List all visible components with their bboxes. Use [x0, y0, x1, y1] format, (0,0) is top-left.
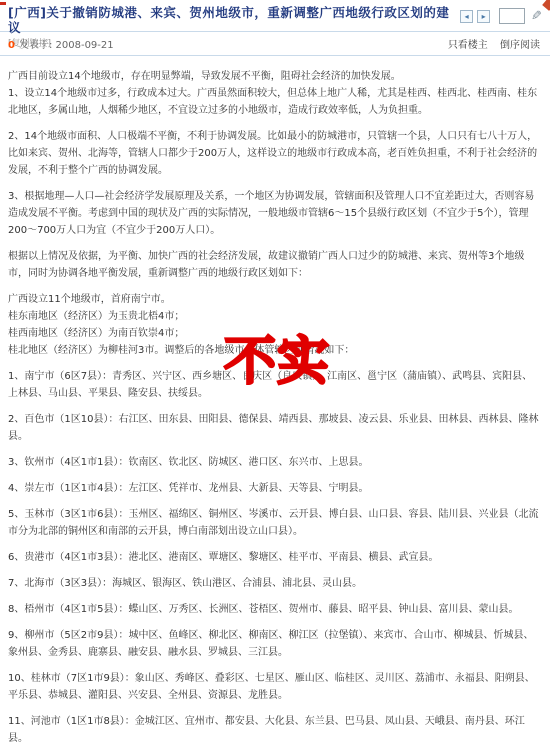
city-item: 10、桂林市（7区1市9县）：象山区、秀峰区、叠彩区、七星区、雁山区、临桂区、灵…	[8, 670, 542, 704]
city-item: 8、梧州市（4区1市5县）：蝶山区、万秀区、长洲区、苍梧区、贺州市、藤县、昭平县…	[8, 601, 542, 618]
proposal-paragraph: 根据以上情况及依据，为平衡、加快广西的社会经济发展，故建议撤销广西人口过少的防城…	[8, 248, 542, 282]
forum-post-page: [广西]关于撤销防城港、来宾、贺州地级市，重新调整广西地级行政区划的建议 [复制…	[0, 0, 550, 753]
city-item: 3、钦州市（4区1市1县）：钦南区、钦北区、防城区、港口区、东兴市、上思县。	[8, 454, 542, 471]
edge-artifact-left	[0, 2, 6, 5]
city-item: 2、百色市（1区10县）：右江区、田东县、田阳县、德保县、靖西县、那坡县、凌云县…	[8, 411, 542, 445]
plan-line: 广西设立11个地级市，首府南宁市。	[8, 291, 542, 308]
intro-paragraph: 广西目前设立14个地级市，存在明显弊端，导致发展不平衡，阻碍社会经济的加快发展。	[8, 68, 542, 85]
city-item: 4、崇左市（1区1市4县）：左江区、凭祥市、龙州县、大新县、天等县、宁明县。	[8, 480, 542, 497]
view-author-link[interactable]: 只看楼主	[448, 40, 488, 51]
city-item: 1、南宁市（6区7县）：青秀区、兴宁区、西乡塘区、良庆区（良庆镇）、江南区、邕宁…	[8, 368, 542, 402]
post-title: [广西]关于撤销防城港、来宾、贺州地级市，重新调整广西地级行政区划的建议	[8, 5, 460, 35]
city-item: 9、柳州市（5区2市9县）：城中区、鱼峰区、柳北区、柳南区、柳江区（拉堡镇）、来…	[8, 627, 542, 661]
city-item: 7、北海市（3区3县）：海城区、银海区、铁山港区、合浦县、浦北县、灵山县。	[8, 575, 542, 592]
point-paragraph: 2、14个地级市面积、人口极端不平衡，不利于协调发展。比如最小的防城港市，只管辖…	[8, 128, 542, 179]
page-jump-input[interactable]	[499, 8, 525, 24]
prev-page-button[interactable]: ◂	[460, 10, 473, 23]
point-paragraph: 3、根据地理—人口—社会经济学发展原理及关系，一个地区为协调发展，管辖面积及管理…	[8, 188, 542, 239]
left-arrow-icon: ◂	[465, 12, 469, 21]
post-content: 广西目前设立14个地级市，存在明显弊端，导致发展不平衡，阻碍社会经济的加快发展。…	[0, 56, 550, 747]
post-header: [广西]关于撤销防城港、来宾、贺州地级市，重新调整广西地级行政区划的建议 [复制…	[0, 0, 550, 31]
plan-line: 桂东南地区（经济区）为玉贵北梧4市；	[8, 308, 542, 325]
plan-line: 桂北地区（经济区）为柳桂河3市。调整后的各地级市具体管辖区划情况如下：	[8, 342, 542, 359]
city-item: 6、贵港市（4区1市3县）：港北区、港南区、覃塘区、黎塘区、桂平市、平南县、横县…	[8, 549, 542, 566]
floor-badge: 0	[8, 40, 15, 51]
post-date: 发表于: 2008-09-21	[19, 40, 114, 51]
post-header-controls: ◂ ▸ ✎	[460, 8, 542, 24]
post-meta-left: 0发表于: 2008-09-21	[8, 36, 114, 51]
intro-paragraph: 1、设立14个地级市过多，行政成本过大。广西虽然面积较大，但总体上地广人稀，尤其…	[8, 85, 542, 119]
reverse-order-link[interactable]: 倒序阅读	[500, 40, 540, 51]
right-arrow-icon: ▸	[482, 12, 486, 21]
next-page-button[interactable]: ▸	[477, 10, 490, 23]
plan-line: 桂西南地区（经济区）为南百钦崇4市；	[8, 325, 542, 342]
post-meta-right: 只看楼主 倒序阅读	[439, 36, 540, 51]
city-item: 5、玉林市（3区1市6县）：玉州区、福绵区、铜州区、岑溪市、云开县、博白县、山口…	[8, 506, 542, 540]
pencil-icon[interactable]: ✎	[531, 9, 542, 24]
city-item: 11、河池市（1区1市8县）：金城江区、宜州市、都安县、大化县、东兰县、巴马县、…	[8, 713, 542, 747]
